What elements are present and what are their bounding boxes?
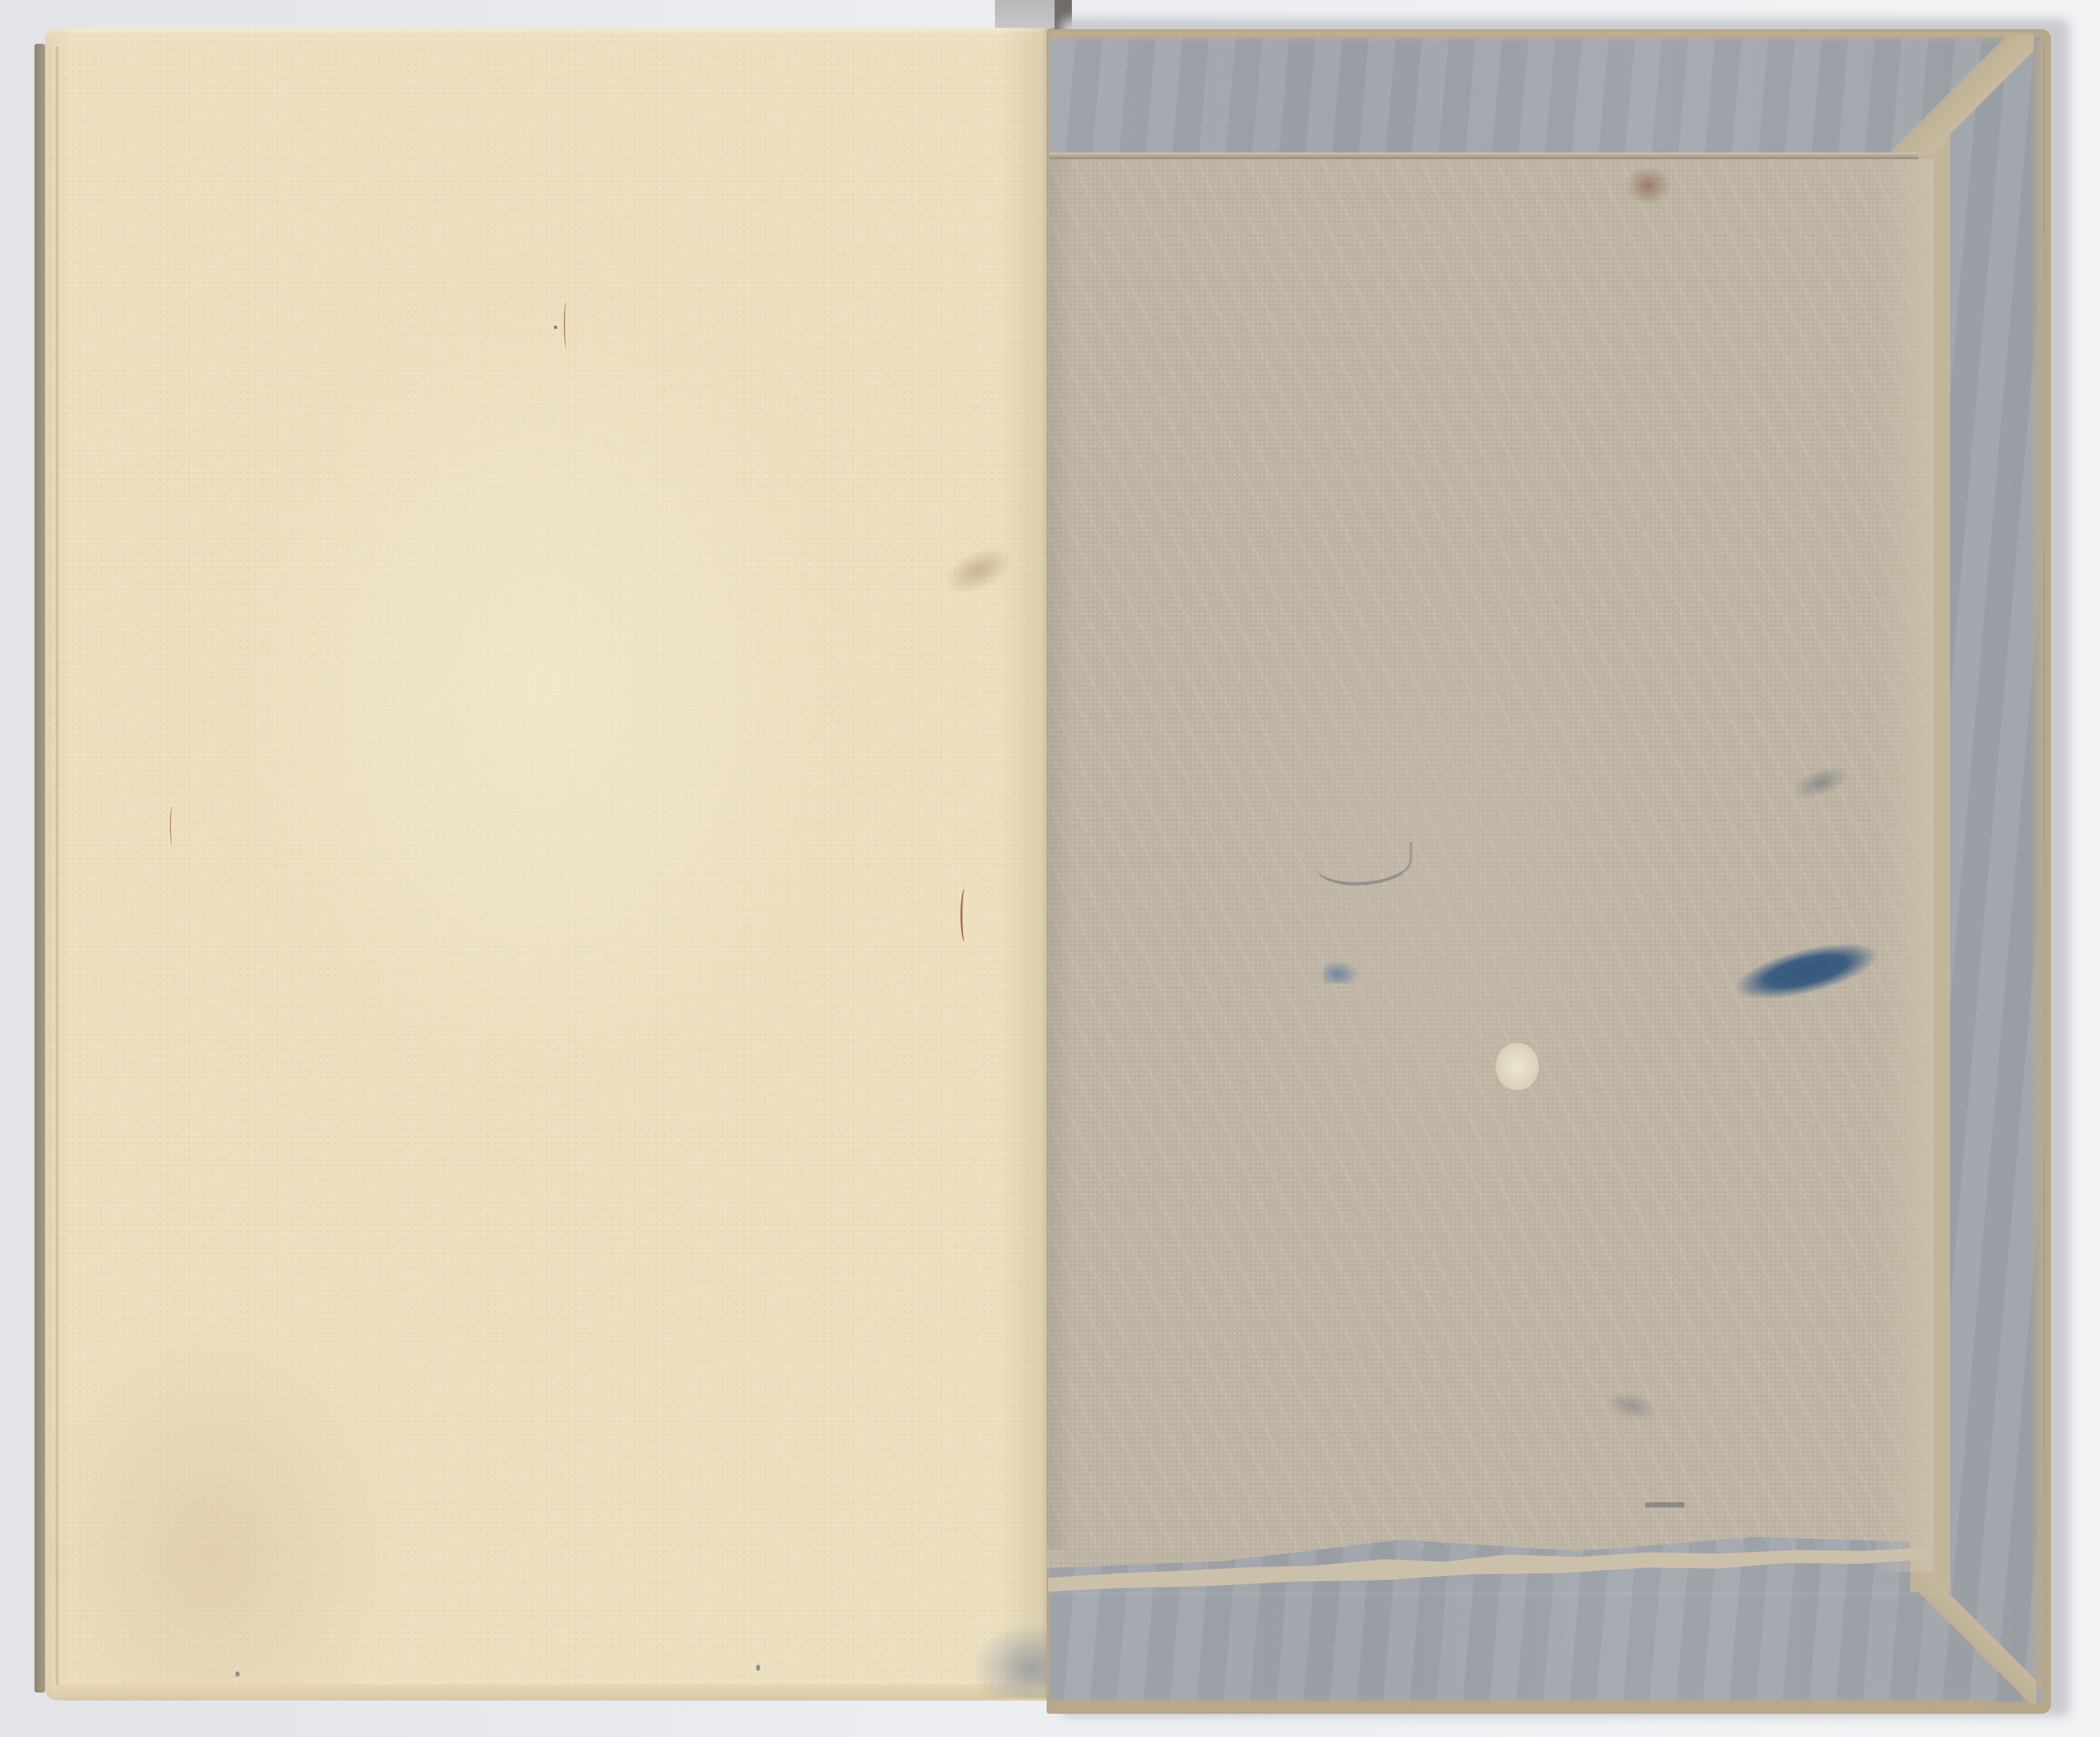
ink-dot-1	[235, 1671, 239, 1677]
ink-dot-2	[756, 1665, 760, 1671]
endpaper-right-border	[1877, 159, 1934, 1572]
mitre-corner-top-right	[1881, 34, 2034, 161]
white-spot	[1496, 1043, 1539, 1090]
dark-fiber-bottom	[1645, 1502, 1685, 1508]
cover-bottom-band	[1049, 1592, 1938, 1596]
brown-fiber-3	[170, 806, 175, 846]
left-page-bottom-edge	[56, 1685, 1055, 1701]
cover-bottom-edge	[1049, 1695, 1991, 1709]
endpaper-top-edge	[1049, 153, 1918, 159]
endpaper-shading	[1047, 157, 1932, 1549]
left-page-inner-fold-line	[56, 46, 58, 1685]
grey-ink-spots	[975, 1625, 1055, 1698]
book-photograph	[0, 0, 2100, 1737]
brown-fiber-1	[960, 889, 969, 942]
cover-right-edge	[2030, 40, 2043, 1691]
ink-dot-3	[554, 326, 557, 329]
torn-tab-mark	[1625, 166, 1672, 206]
text-block-edge	[34, 44, 45, 1693]
blue-fiber-small	[1323, 960, 1360, 984]
brown-fiber-2	[564, 302, 569, 348]
left-page-shading	[45, 28, 1055, 1701]
mitre-corner-bottom-right	[1910, 1565, 2036, 1705]
